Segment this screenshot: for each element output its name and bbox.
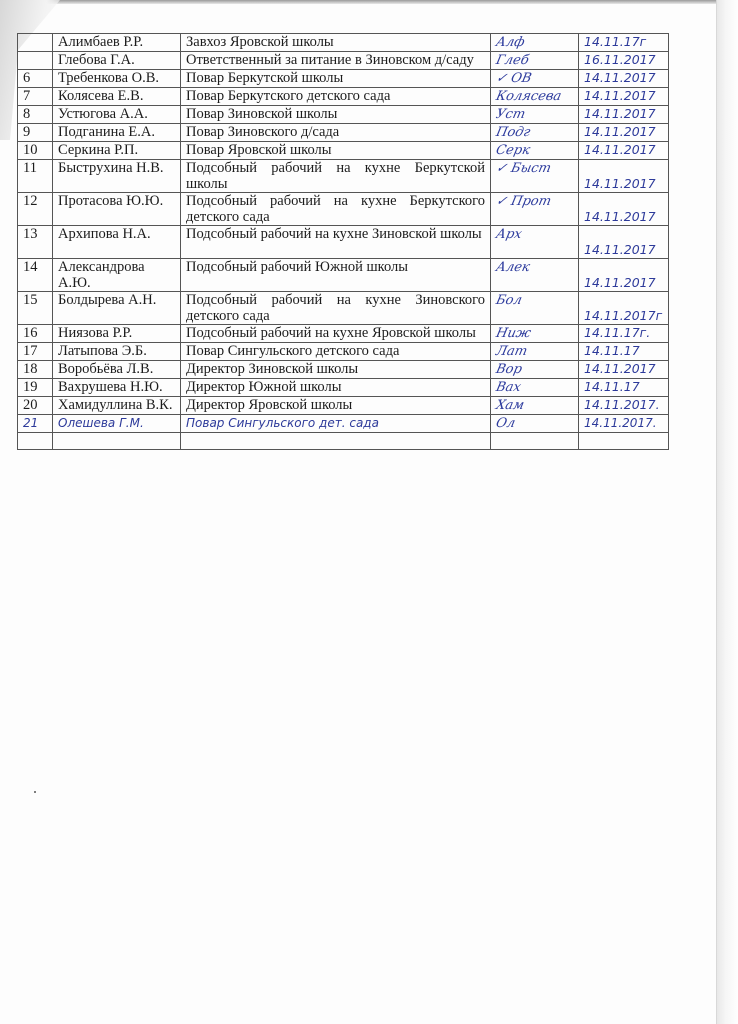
table-row: 9Подганина Е.А.Повар Зиновского д/садаПо… [18, 124, 669, 142]
handwritten-signature: Подг [494, 125, 531, 141]
employee-position: Подсобный рабочий на кухне Беркутской шк… [181, 160, 491, 193]
employee-name: Болдырева А.Н. [53, 292, 181, 325]
employee-name: Протасова Ю.Ю. [53, 193, 181, 226]
handwritten-signature: Алек [494, 260, 531, 276]
table-row: 13Архипова Н.А.Подсобный рабочий на кухн… [18, 226, 669, 259]
handwritten-signature: ✓ Прот [494, 194, 552, 210]
employee-position: Подсобный рабочий Южной школы [181, 259, 491, 292]
employee-position: Завхоз Яровской школы [181, 34, 491, 52]
row-number: 19 [18, 379, 53, 397]
table-row: Глебова Г.А.Ответственный за питание в З… [18, 52, 669, 70]
signature: Подг [491, 124, 579, 142]
sign-date: 14.11.2017 [579, 124, 669, 142]
employee-name: Архипова Н.А. [53, 226, 181, 259]
signature: Хам [491, 397, 579, 415]
signature: Арх [491, 226, 579, 259]
scan-speck [34, 791, 36, 793]
table-row: 8Устюгова А.А.Повар Зиновской школыУст14… [18, 106, 669, 124]
employee-position: Подсобный рабочий на кухне Зиновской шко… [181, 226, 491, 259]
sign-date: 14.11.2017 [579, 88, 669, 106]
table-row: 10Серкина Р.П.Повар Яровской школыСерк14… [18, 142, 669, 160]
row-number: 10 [18, 142, 53, 160]
signature-table: Алимбаев Р.Р.Завхоз Яровской школыАлф14.… [17, 33, 669, 450]
employee-position: Повар Беркутского детского сада [181, 88, 491, 106]
employee-position: Повар Зиновского д/сада [181, 124, 491, 142]
handwritten-signature: Арх [494, 227, 523, 243]
table-row: 12Протасова Ю.Ю.Подсобный рабочий на кух… [18, 193, 669, 226]
handwritten-signature: Алф [494, 35, 526, 51]
sign-date: 14.11.2017 [579, 142, 669, 160]
sign-date: 14.11.2017г [579, 292, 669, 325]
sign-date: 14.11.2017 [579, 70, 669, 88]
row-number: 12 [18, 193, 53, 226]
row-number [18, 52, 53, 70]
table-row: 19Вахрушева Н.Ю.Директор Южной школыВах1… [18, 379, 669, 397]
handwritten-signature: Ол [494, 416, 516, 432]
signature: Алф [491, 34, 579, 52]
employee-position: Повар Сингульского детского сада [181, 343, 491, 361]
employee-position: Директор Зиновской школы [181, 361, 491, 379]
employee-name: Серкина Р.П. [53, 142, 181, 160]
handwritten-signature: Бол [494, 293, 523, 309]
sign-date [579, 433, 669, 450]
signature: ✓ Прот [491, 193, 579, 226]
table-row: 15Болдырева А.Н.Подсобный рабочий на кух… [18, 292, 669, 325]
employee-position: Повар Зиновской школы [181, 106, 491, 124]
row-number: 18 [18, 361, 53, 379]
employee-name: Александрова А.Ю. [53, 259, 181, 292]
sign-date: 16.11.2017 [579, 52, 669, 70]
employee-position: Директор Яровской школы [181, 397, 491, 415]
sign-date: 14.11.2017 [579, 193, 669, 226]
sign-date: 14.11.2017 [579, 106, 669, 124]
employee-name: Воробьёва Л.В. [53, 361, 181, 379]
handwritten-signature: Ниж [494, 326, 532, 342]
employee-position: Повар Яровской школы [181, 142, 491, 160]
signature: Алек [491, 259, 579, 292]
employee-position: Подсобный рабочий на кухне Яровской школ… [181, 325, 491, 343]
employee-name: Хамидуллина В.К. [53, 397, 181, 415]
employee-position: Повар Сингульского дет. сада [181, 415, 491, 433]
row-number: 16 [18, 325, 53, 343]
signature: ✓ ОВ [491, 70, 579, 88]
sign-date: 14.11.17г. [579, 325, 669, 343]
sign-date: 14.11.2017 [579, 259, 669, 292]
employee-name: Алимбаев Р.Р. [53, 34, 181, 52]
row-number: 14 [18, 259, 53, 292]
row-number: 20 [18, 397, 53, 415]
handwritten-signature: Лат [494, 344, 528, 360]
employee-name: Латыпова Э.Б. [53, 343, 181, 361]
employee-name: Ниязова Р.Р. [53, 325, 181, 343]
signature: Ол [491, 415, 579, 433]
employee-name: Олешева Г.М. [53, 415, 181, 433]
sign-date: 14.11.17 [579, 379, 669, 397]
scan-top-edge [0, 0, 738, 4]
employee-position: Подсобный рабочий на кухне Беркутского д… [181, 193, 491, 226]
sign-date: 14.11.2017. [579, 415, 669, 433]
sign-date: 14.11.2017 [579, 160, 669, 193]
sign-date: 14.11.17г [579, 34, 669, 52]
employee-position: Повар Беркутской школы [181, 70, 491, 88]
employee-name: Устюгова А.А. [53, 106, 181, 124]
row-number: 6 [18, 70, 53, 88]
employee-position: Ответственный за питание в Зиновском д/с… [181, 52, 491, 70]
signature: Вор [491, 361, 579, 379]
table-row: 16Ниязова Р.Р.Подсобный рабочий на кухне… [18, 325, 669, 343]
row-number: 17 [18, 343, 53, 361]
employee-name [53, 433, 181, 450]
sign-date: 14.11.2017. [579, 397, 669, 415]
signature: Лат [491, 343, 579, 361]
sign-date: 14.11.2017 [579, 226, 669, 259]
sign-date: 14.11.17 [579, 343, 669, 361]
sign-date: 14.11.2017 [579, 361, 669, 379]
table-row: 11Быструхина Н.В.Подсобный рабочий на ку… [18, 160, 669, 193]
row-number: 11 [18, 160, 53, 193]
employee-position: Подсобный рабочий на кухне Зиновского де… [181, 292, 491, 325]
employee-name: Требенкова О.В. [53, 70, 181, 88]
handwritten-signature: ✓ Быст [494, 161, 552, 177]
signature: Серк [491, 142, 579, 160]
table-row: 14Александрова А.Ю.Подсобный рабочий Южн… [18, 259, 669, 292]
handwritten-signature: Хам [494, 398, 525, 414]
handwritten-signature: Колясева [494, 89, 562, 105]
employee-position: Директор Южной школы [181, 379, 491, 397]
table-row: Алимбаев Р.Р.Завхоз Яровской школыАлф14.… [18, 34, 669, 52]
signature: ✓ Быст [491, 160, 579, 193]
handwritten-signature: Вор [494, 362, 523, 378]
table-row: 18Воробьёва Л.В.Директор Зиновской школы… [18, 361, 669, 379]
row-number: 15 [18, 292, 53, 325]
row-number: 9 [18, 124, 53, 142]
table-row [18, 433, 669, 450]
row-number: 8 [18, 106, 53, 124]
table-row: 17Латыпова Э.Б.Повар Сингульского детско… [18, 343, 669, 361]
signature: Уст [491, 106, 579, 124]
table-row: 21Олешева Г.М.Повар Сингульского дет. са… [18, 415, 669, 433]
handwritten-signature: Уст [494, 107, 526, 123]
employee-name: Глебова Г.А. [53, 52, 181, 70]
table-row: 7Колясева Е.В.Повар Беркутского детского… [18, 88, 669, 106]
row-number [18, 34, 53, 52]
table-row: 6Требенкова О.В.Повар Беркутской школы✓ … [18, 70, 669, 88]
signature: Глеб [491, 52, 579, 70]
employee-name: Колясева Е.В. [53, 88, 181, 106]
signature: Колясева [491, 88, 579, 106]
table-row: 20Хамидуллина В.К.Директор Яровской школ… [18, 397, 669, 415]
signature: Бол [491, 292, 579, 325]
employee-name: Подганина Е.А. [53, 124, 181, 142]
row-number: 7 [18, 88, 53, 106]
handwritten-signature: ✓ ОВ [494, 71, 533, 87]
row-number: 13 [18, 226, 53, 259]
handwritten-signature: Глеб [494, 53, 530, 69]
scan-right-edge [716, 0, 738, 1024]
handwritten-signature: Серк [494, 143, 531, 159]
row-number [18, 433, 53, 450]
signature: Ниж [491, 325, 579, 343]
signature: Вах [491, 379, 579, 397]
employee-name: Быструхина Н.В. [53, 160, 181, 193]
signature [491, 433, 579, 450]
row-number: 21 [18, 415, 53, 433]
employee-name: Вахрушева Н.Ю. [53, 379, 181, 397]
employee-position [181, 433, 491, 450]
handwritten-signature: Вах [494, 380, 522, 396]
